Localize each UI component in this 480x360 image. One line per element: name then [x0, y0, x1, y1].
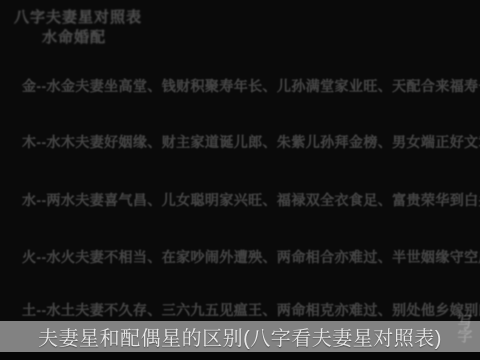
caption-bar: 夫妻星和配偶星的区别(八字看夫妻星对照表) [0, 321, 480, 352]
verse-row-wood: 木--水木夫妻好姻缘、财主家道诞儿郎、朱紫儿孙拜金榜、男女端正好文章。 [22, 132, 472, 154]
marriage-verse-table: 金--水金夫妻坐高堂、钱财积聚寿年长、儿孙满堂家业旺、天配合来福寿长。 木--水… [0, 0, 480, 360]
caption-title: 夫妻星和配偶星的区别(八字看夫妻星对照表) [38, 322, 442, 351]
bottom-black-strip [0, 352, 480, 360]
verse-row-metal: 金--水金夫妻坐高堂、钱财积聚寿年长、儿孙满堂家业旺、天配合来福寿长。 [22, 76, 472, 98]
watermark-text: 写字 [456, 316, 474, 344]
verse-row-water: 水--两水夫妻喜气昌、儿女聪明家兴旺、福禄双全衣食足、富贵荣华到白头。 [22, 190, 472, 212]
screenshot-stage: 八字夫妻星对照表 水命婚配 金--水金夫妻坐高堂、钱财积聚寿年长、儿孙满堂家业旺… [0, 0, 480, 360]
verse-row-earth: 土--水土夫妻不久存、三六九五见瘟王、两命相克亦难过、别处他乡嫁别郎。 [22, 300, 472, 322]
verse-row-fire: 火--水火夫妻不相当、在家吵闹外遭殃、两命相合亦难过、半世姻缘守空房。 [22, 247, 472, 269]
